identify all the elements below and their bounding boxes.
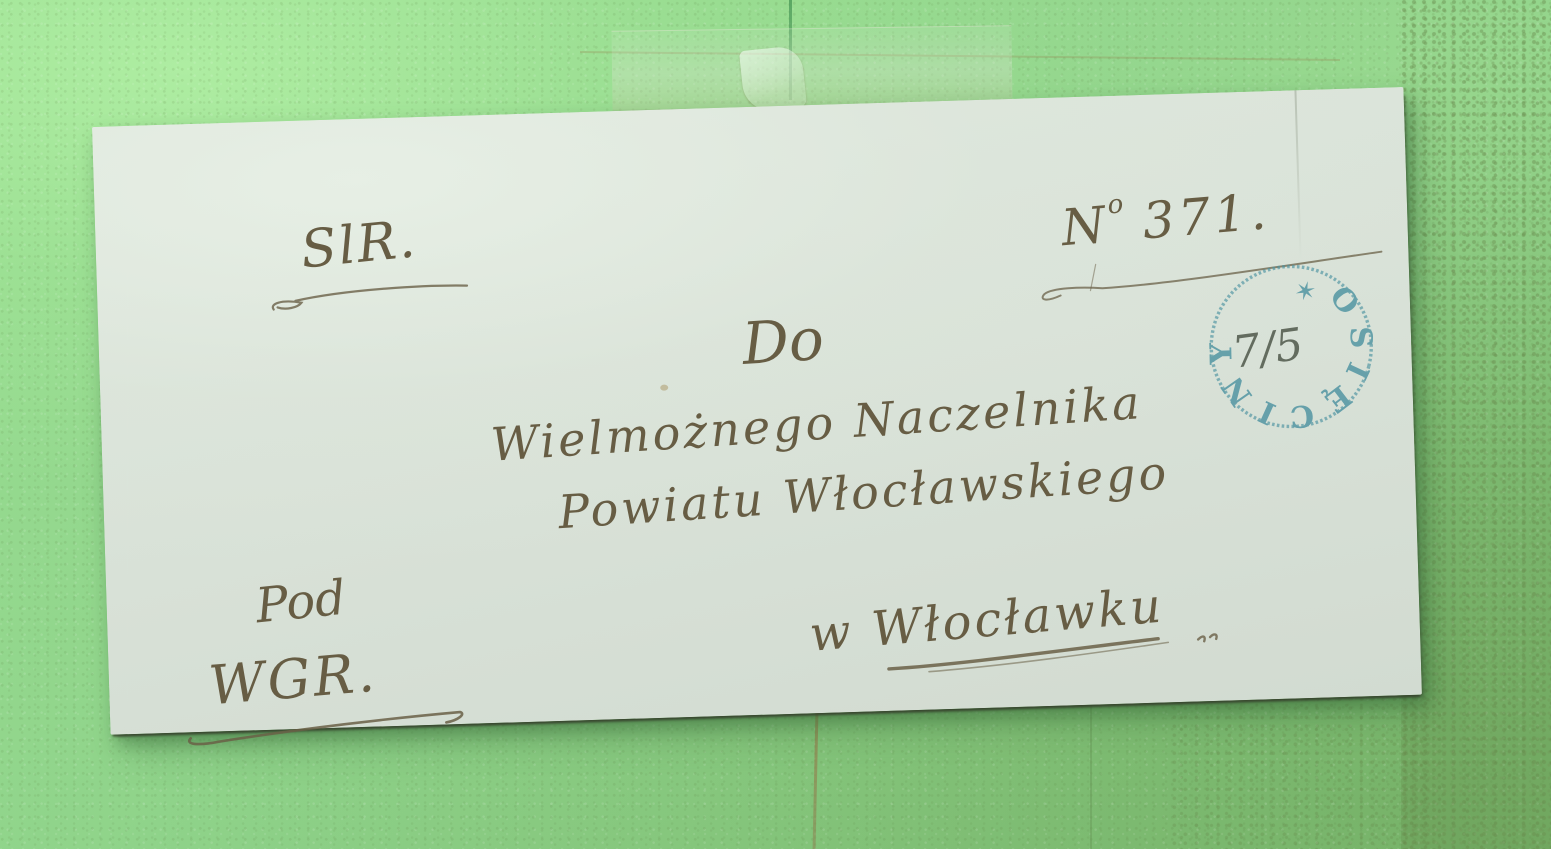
tape-strip: [611, 25, 1012, 111]
photo-of-postal-cover: { "colors": { "background_green": "#8ed2…: [0, 0, 1551, 849]
postmark-manuscript-date: 7/5: [1229, 319, 1306, 379]
paper-stain: [660, 385, 668, 391]
postmark-osieciny: ✶ OSIĘCINY 7/5: [1196, 252, 1386, 442]
service-abbreviation: SlR.: [298, 209, 419, 280]
backing-seam-bottom-right: [1090, 705, 1092, 849]
underline-flourish-slr: [267, 273, 478, 319]
number-value: 371.: [1140, 182, 1272, 250]
paper-crease: [1294, 90, 1301, 260]
star-icon: ✶: [1291, 275, 1320, 309]
number-superscript: o: [1106, 189, 1128, 221]
underline-flourish-town: [868, 623, 1229, 684]
folded-letter-cover: SlR. No371. ✶ OSIĘCINY 7/5 Do Wielmożneg…: [92, 87, 1422, 735]
sender-mark-line1: Pod: [253, 570, 348, 635]
underline-flourish-wgr: [180, 695, 481, 754]
address-salutation: Do: [740, 305, 826, 378]
